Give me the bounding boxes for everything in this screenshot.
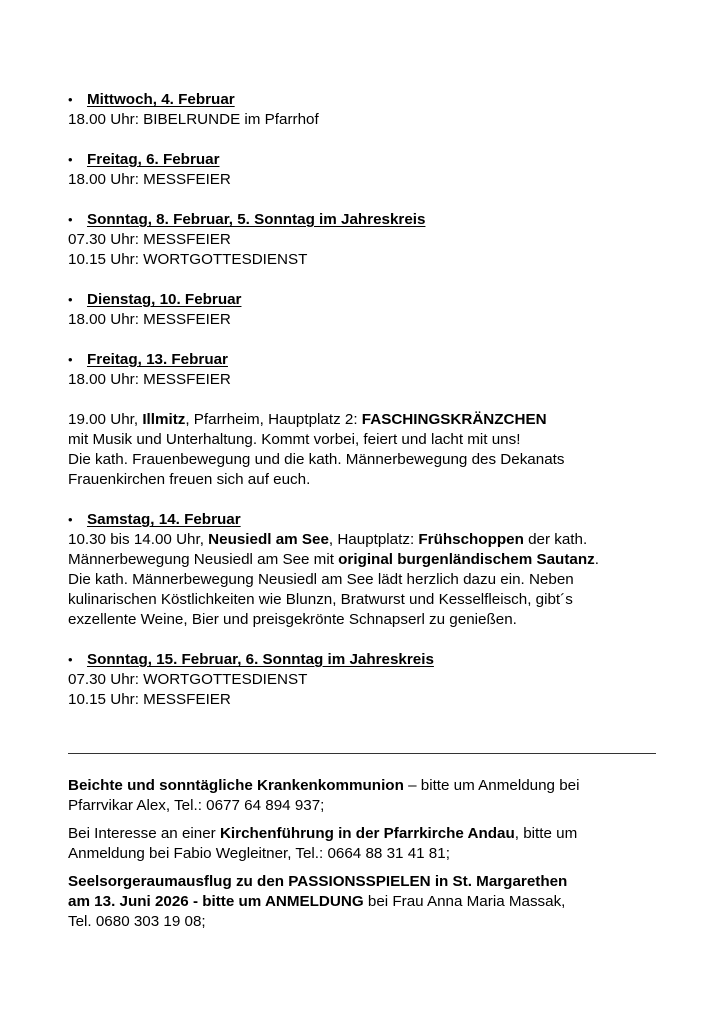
- event-date: Mittwoch, 4. Februar: [87, 90, 235, 110]
- text-line: exzellente Weine, Bier und preisgekrönte…: [68, 610, 668, 630]
- note-title: am 13. Juni 2026 - bitte um ANMELDUNG: [68, 893, 364, 910]
- event-line: 18.00 Uhr: MESSFEIER: [68, 370, 668, 390]
- text-line: kulinarischen Köstlichkeiten wie Blunzn,…: [68, 590, 668, 610]
- faschingskraenzchen-paragraph: 19.00 Uhr, Illmitz, Pfarrheim, Hauptplat…: [68, 410, 668, 490]
- text: der kath.: [524, 531, 587, 548]
- note-beichte: Beichte und sonntägliche Krankenkommunio…: [68, 776, 668, 816]
- event-date: Freitag, 6. Februar: [87, 150, 220, 170]
- event-mittwoch-4-februar: • Mittwoch, 4. Februar 18.00 Uhr: BIBELR…: [68, 90, 668, 130]
- events-list: • Mittwoch, 4. Februar 18.00 Uhr: BIBELR…: [68, 90, 668, 730]
- event-line: 10.15 Uhr: WORTGOTTESDIENST: [68, 250, 668, 270]
- bullet-icon: •: [68, 90, 87, 110]
- bullet-icon: •: [68, 290, 87, 310]
- note-title: Seelsorgeraumausflug zu den PASSIONSSPIE…: [68, 872, 668, 892]
- event-date: Sonntag, 8. Februar, 5. Sonntag im Jahre…: [87, 210, 425, 230]
- event-title-fruehschoppen: Frühschoppen: [418, 531, 523, 548]
- text-line: Frauenkirchen freuen sich auf euch.: [68, 470, 668, 490]
- text: 10.30 bis 14.00 Uhr,: [68, 531, 208, 548]
- highlight-sautanz: original burgenländischem Sautanz: [338, 551, 595, 568]
- event-line: 18.00 Uhr: MESSFEIER: [68, 310, 668, 330]
- text: , Pfarrheim, Hauptplatz 2:: [185, 411, 361, 428]
- event-freitag-13-februar: • Freitag, 13. Februar 18.00 Uhr: MESSFE…: [68, 350, 668, 490]
- event-line: 18.00 Uhr: BIBELRUNDE im Pfarrhof: [68, 110, 668, 130]
- bullet-icon: •: [68, 350, 87, 370]
- event-title-faschingskraenzchen: FASCHINGSKRÄNZCHEN: [362, 411, 547, 428]
- text-line: mit Musik und Unterhaltung. Kommt vorbei…: [68, 430, 668, 450]
- event-date: Freitag, 13. Februar: [87, 350, 228, 370]
- text: Männerbewegung Neusiedl am See mit: [68, 551, 338, 568]
- event-sonntag-15-februar: • Sonntag, 15. Februar, 6. Sonntag im Ja…: [68, 650, 668, 710]
- text: Bei Interesse an einer: [68, 825, 220, 842]
- bullet-icon: •: [68, 510, 87, 530]
- event-samstag-14-februar: • Samstag, 14. Februar 10.30 bis 14.00 U…: [68, 510, 668, 630]
- contact-line: Tel. 0680 303 19 08;: [68, 912, 668, 932]
- event-sonntag-8-februar: • Sonntag, 8. Februar, 5. Sonntag im Jah…: [68, 210, 668, 270]
- text-line: Die kath. Frauenbewegung und die kath. M…: [68, 450, 668, 470]
- horizontal-divider: [68, 753, 656, 754]
- event-line: 07.30 Uhr: WORTGOTTESDIENST: [68, 670, 668, 690]
- location-neusiedl: Neusiedl am See: [208, 531, 329, 548]
- bullet-icon: •: [68, 210, 87, 230]
- note-title: Kirchenführung in der Pfarrkirche Andau: [220, 825, 515, 842]
- event-line: 10.15 Uhr: MESSFEIER: [68, 690, 668, 710]
- event-line: 18.00 Uhr: MESSFEIER: [68, 170, 668, 190]
- event-dienstag-10-februar: • Dienstag, 10. Februar 18.00 Uhr: MESSF…: [68, 290, 668, 330]
- text: bei Frau Anna Maria Massak,: [364, 893, 566, 910]
- contact-line: Anmeldung bei Fabio Wegleitner, Tel.: 06…: [68, 844, 668, 864]
- text: – bitte um Anmeldung bei: [404, 777, 580, 794]
- note-ausflug: Seelsorgeraumausflug zu den PASSIONSSPIE…: [68, 872, 668, 932]
- bullet-icon: •: [68, 650, 87, 670]
- location-illmitz: Illmitz: [142, 411, 185, 428]
- note-kirchenfuehrung: Bei Interesse an einer Kirchenführung in…: [68, 824, 668, 864]
- event-date: Samstag, 14. Februar: [87, 510, 241, 530]
- event-date: Sonntag, 15. Februar, 6. Sonntag im Jahr…: [87, 650, 434, 670]
- text: , Hauptplatz:: [329, 531, 419, 548]
- contact-line: Pfarrvikar Alex, Tel.: 0677 64 894 937;: [68, 796, 668, 816]
- notes-section: Beichte und sonntägliche Krankenkommunio…: [68, 776, 668, 932]
- event-freitag-6-februar: • Freitag, 6. Februar 18.00 Uhr: MESSFEI…: [68, 150, 668, 190]
- note-title: Beichte und sonntägliche Krankenkommunio…: [68, 777, 404, 794]
- event-date: Dienstag, 10. Februar: [87, 290, 241, 310]
- text: 19.00 Uhr,: [68, 411, 142, 428]
- text: .: [595, 551, 599, 568]
- text-line: Die kath. Männerbewegung Neusiedl am See…: [68, 570, 668, 590]
- text: , bitte um: [515, 825, 577, 842]
- event-line: 07.30 Uhr: MESSFEIER: [68, 230, 668, 250]
- bullet-icon: •: [68, 150, 87, 170]
